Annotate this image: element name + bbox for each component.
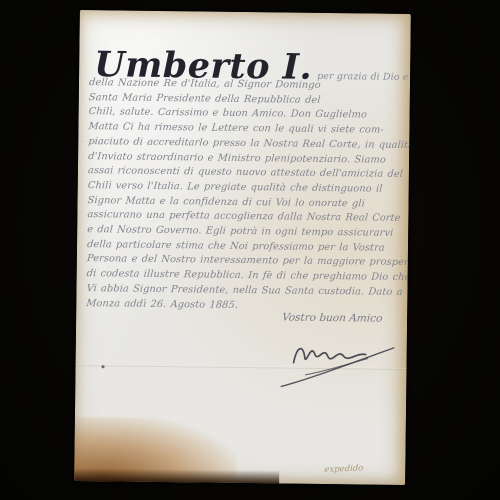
paper-edge-shadow bbox=[74, 468, 279, 484]
pencil-annotation: expedido bbox=[324, 463, 364, 475]
closing-salutation: Vostro buon Amico bbox=[282, 311, 383, 324]
ink-speck bbox=[102, 365, 105, 368]
signature-flourish-icon bbox=[275, 328, 401, 392]
document-paper: Umberto I.per grazia di Dio e per volont… bbox=[74, 10, 411, 485]
letter-body: della Nazione Re d'Italia, al Signor Dom… bbox=[86, 76, 407, 315]
photo-background: Umberto I.per grazia di Dio e per volont… bbox=[0, 0, 500, 500]
umberto-signature bbox=[275, 328, 401, 392]
